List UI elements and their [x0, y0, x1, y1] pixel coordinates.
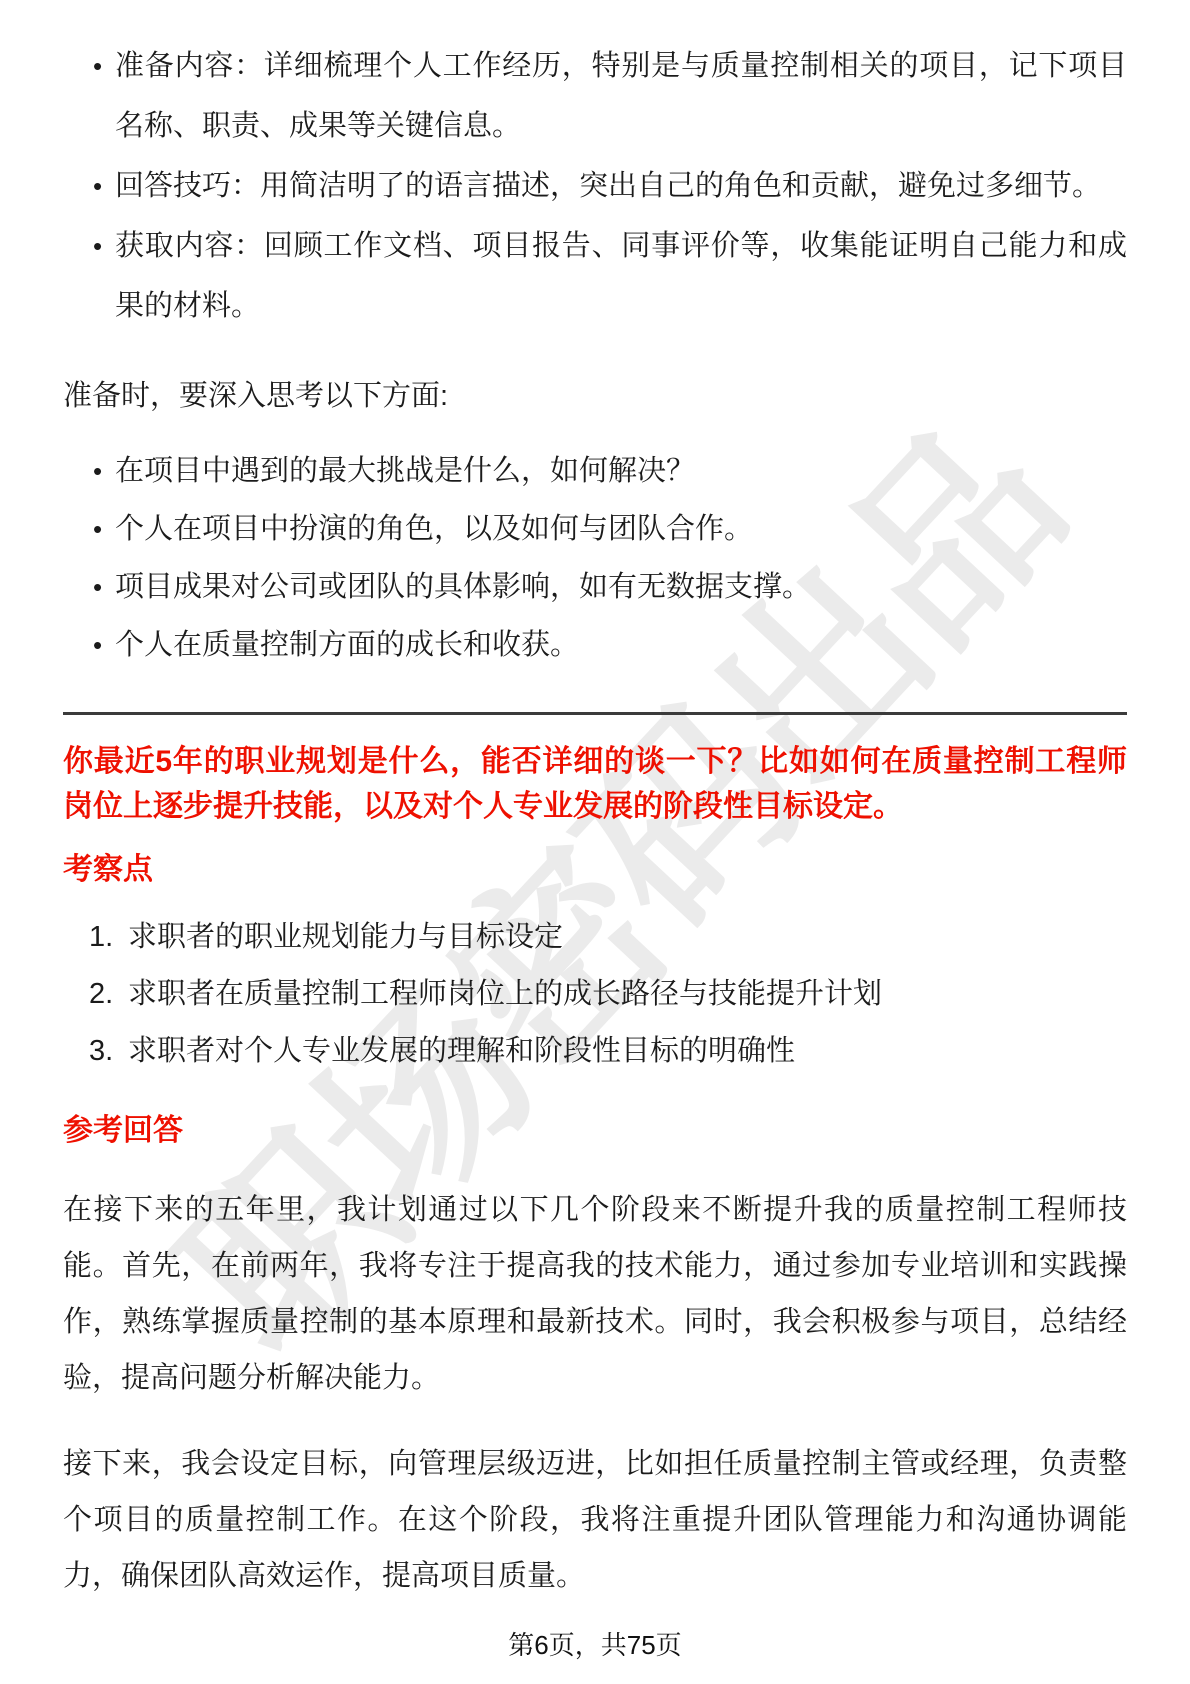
page-number-footer: 第6页，共75页 [0, 1625, 1190, 1662]
bullet-item: 准备内容：详细梳理个人工作经历，特别是与质量控制相关的项目，记下项目名称、职责、… [63, 36, 1127, 156]
examine-points-heading: 考察点 [63, 853, 1127, 887]
interview-question-text: 你最近5年的职业规划是什么，能否详细的谈一下？比如如何在质量控制工程师岗位上逐步… [63, 739, 1127, 829]
bullet-item: 在项目中遇到的最大挑战是什么，如何解决？ [63, 442, 1127, 500]
document-page: { "page": { "watermark": "职场密码出品", "foot… [0, 0, 1190, 1684]
bullet-item: 获取内容：回顾工作文档、项目报告、同事评价等，收集能证明自己能力和成果的材料。 [63, 216, 1127, 336]
document-content: 准备内容：详细梳理个人工作经历，特别是与质量控制相关的项目，记下项目名称、职责、… [0, 0, 1190, 1604]
bullet-item: 个人在项目中扮演的角色，以及如何与团队合作。 [63, 500, 1127, 558]
bullet-item: 回答技巧：用简洁明了的语言描述，突出自己的角色和贡献，避免过多细节。 [63, 156, 1127, 216]
numbered-item: 求职者的职业规划能力与目标设定 [63, 909, 1127, 966]
bullet-item: 项目成果对公司或团队的具体影响，如有无数据支撑。 [63, 558, 1127, 616]
section-divider [63, 712, 1127, 715]
preparation-bullet-list: 准备内容：详细梳理个人工作经历，特别是与质量控制相关的项目，记下项目名称、职责、… [63, 36, 1127, 336]
numbered-item: 求职者对个人专业发展的理解和阶段性目标的明确性 [63, 1023, 1127, 1080]
examine-points-list: 求职者的职业规划能力与目标设定 求职者在质量控制工程师岗位上的成长路径与技能提升… [63, 909, 1127, 1080]
answer-paragraph: 接下来，我会设定目标，向管理层级迈进，比如担任质量控制主管或经理，负责整个项目的… [63, 1436, 1127, 1604]
think-bullet-list: 在项目中遇到的最大挑战是什么，如何解决？ 个人在项目中扮演的角色，以及如何与团队… [63, 442, 1127, 674]
numbered-item: 求职者在质量控制工程师岗位上的成长路径与技能提升计划 [63, 966, 1127, 1023]
think-intro-paragraph: 准备时，要深入思考以下方面: [63, 366, 1127, 426]
answer-paragraph: 在接下来的五年里，我计划通过以下几个阶段来不断提升我的质量控制工程师技能。首先，… [63, 1182, 1127, 1406]
bullet-item: 个人在质量控制方面的成长和收获。 [63, 616, 1127, 674]
reference-answer-heading: 参考回答 [63, 1114, 1127, 1148]
